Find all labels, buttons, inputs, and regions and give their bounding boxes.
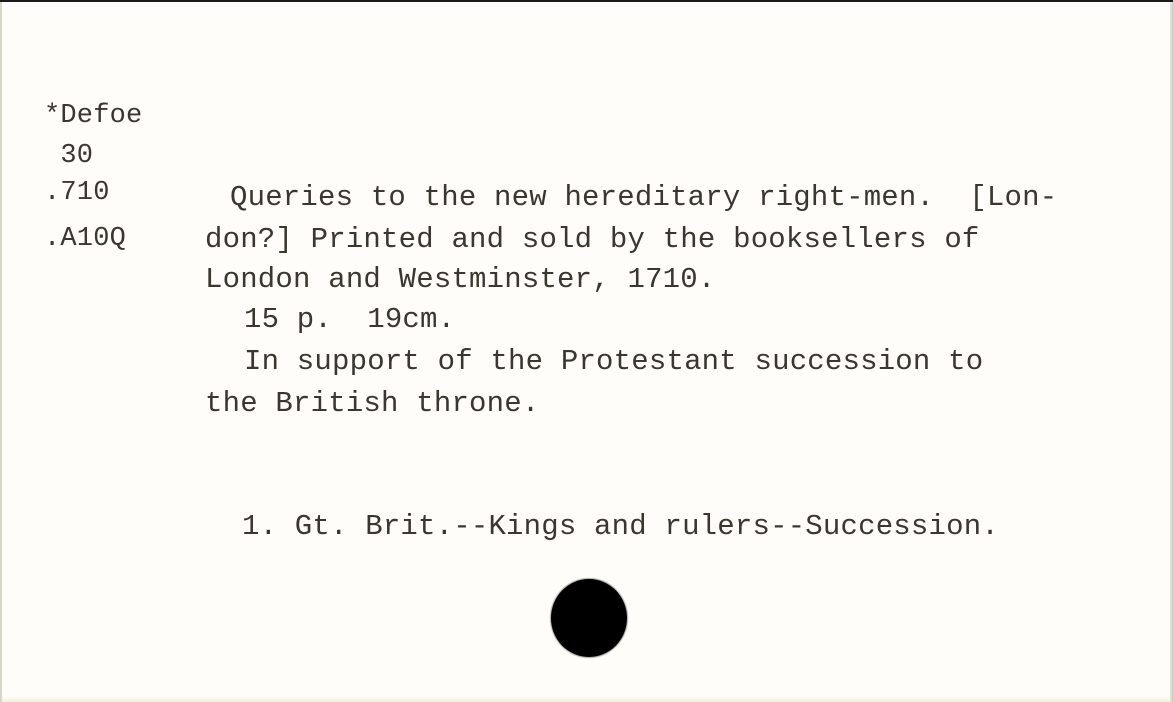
call-number-line-date: .710 (44, 176, 110, 210)
note-line-2: the British throne. (205, 387, 539, 421)
call-number-line-cutter: .A10Q (44, 222, 126, 256)
call-number-line-class: 30 (44, 139, 93, 173)
call-number-line-author: *Defoe (44, 99, 142, 133)
subject-heading-1: 1. Gt. Brit.--Kings and rulers--Successi… (242, 510, 999, 544)
imprint-line-2: London and Westminster, 1710. (205, 263, 715, 297)
note-line-1: In support of the Protestant succession … (244, 345, 983, 379)
catalog-card: *Defoe 30 .710 .A10Q Queries to the new … (0, 2, 1170, 702)
punch-hole (551, 579, 627, 657)
title-line: Queries to the new hereditary right-men.… (230, 181, 1057, 215)
collation-line: 15 p. 19cm. (244, 303, 455, 337)
imprint-line-1: don?] Printed and sold by the bookseller… (205, 223, 980, 257)
